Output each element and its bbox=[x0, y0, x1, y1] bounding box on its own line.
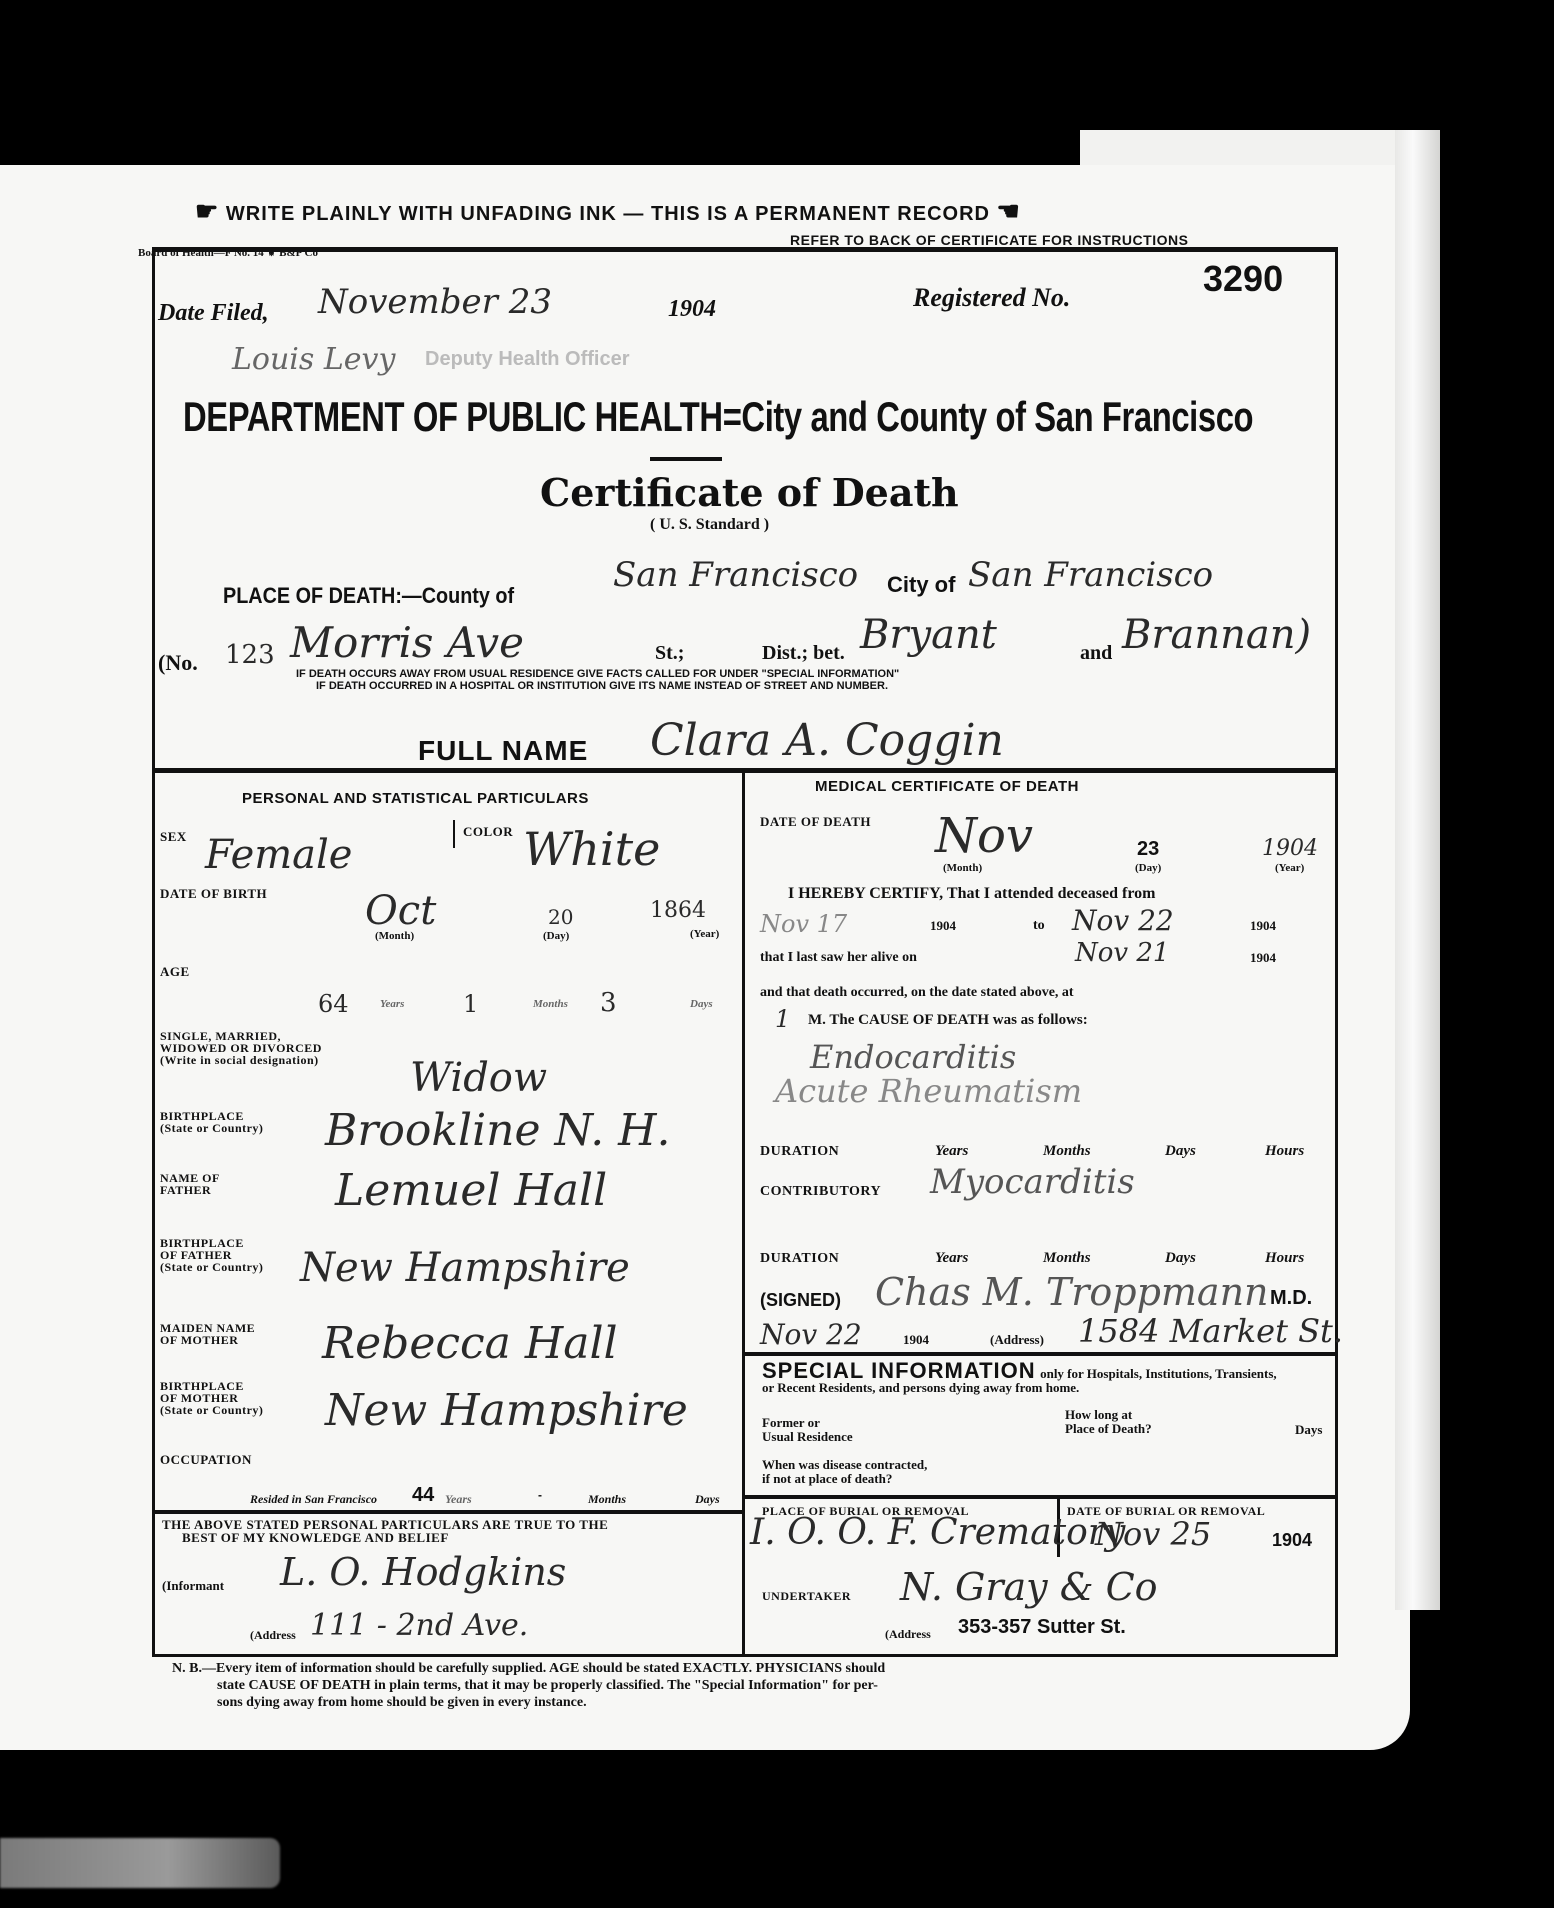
duration-days-2: Days bbox=[1165, 1250, 1196, 1267]
dod-year-caption: (Year) bbox=[1275, 862, 1304, 874]
date-filed-year: 1904 bbox=[668, 296, 716, 323]
attended-from: Nov 17 bbox=[760, 910, 847, 938]
undertaker-label: UNDERTAKER bbox=[762, 1590, 851, 1603]
dob-day-caption: (Day) bbox=[543, 930, 569, 942]
date-of-death-label: DATE OF DEATH bbox=[760, 815, 871, 828]
special-heading-note-2: or Recent Residents, and persons dying a… bbox=[762, 1380, 1079, 1396]
physician-signature: Chas M. Troppmann bbox=[875, 1270, 1269, 1314]
how-long-label-2: Place of Death? bbox=[1065, 1422, 1152, 1436]
age-years-caption: Years bbox=[380, 998, 404, 1010]
attended-to: Nov 22 bbox=[1072, 904, 1174, 937]
mother-birthplace-label-3: (State or Country) bbox=[160, 1404, 263, 1416]
father-birthplace-value: New Hampshire bbox=[300, 1245, 630, 1291]
age-years: 64 bbox=[318, 990, 349, 1018]
attended-to-year: 1904 bbox=[1250, 918, 1276, 934]
column-divider bbox=[742, 770, 745, 1656]
informant-statement: THE ABOVE STATED PERSONAL PARTICULARS AR… bbox=[162, 1518, 608, 1544]
special-divider bbox=[744, 1352, 1338, 1356]
footer-note: N. B.—Every item of information should b… bbox=[172, 1660, 885, 1711]
contracted-label-1: When was disease contracted, bbox=[762, 1458, 927, 1472]
title-divider bbox=[650, 457, 722, 461]
duration-months-1: Months bbox=[1043, 1143, 1091, 1160]
contracted-label: When was disease contracted, if not at p… bbox=[762, 1458, 927, 1486]
contributory-label: CONTRIBUTORY bbox=[760, 1185, 881, 1198]
marital-label: SINGLE, MARRIED, WIDOWED OR DIVORCED (Wr… bbox=[160, 1030, 322, 1066]
date-filed-label: Date Filed, bbox=[158, 300, 269, 327]
undertaker-address-label: (Address bbox=[885, 1627, 931, 1642]
full-name-label: FULL NAME bbox=[418, 735, 588, 767]
resided-months: - bbox=[538, 1488, 542, 1502]
banner-text: WRITE PLAINLY WITH UNFADING INK — THIS I… bbox=[226, 203, 990, 225]
age-days: 3 bbox=[600, 988, 617, 1018]
department-title: DEPARTMENT OF PUBLIC HEALTH=City and Cou… bbox=[183, 393, 1253, 441]
certificate-title: Certificate of Death bbox=[540, 470, 959, 515]
mother-value: Rebecca Hall bbox=[322, 1318, 618, 1369]
banner: ☛ WRITE PLAINLY WITH UNFADING INK — THIS… bbox=[195, 196, 1021, 227]
footer-note-line-1: N. B.—Every item of information should b… bbox=[172, 1660, 885, 1677]
dod-day: 23 bbox=[1137, 838, 1159, 861]
duration-years-2: Years bbox=[935, 1250, 968, 1267]
former-label-2: Usual Residence bbox=[762, 1430, 853, 1444]
dob-year: 1864 bbox=[650, 898, 706, 923]
district-label: Dist.; bet. bbox=[762, 642, 845, 665]
date-filed-value: November 23 bbox=[318, 282, 552, 322]
paper-right-edge bbox=[1395, 130, 1440, 1610]
pointing-hand-left-icon: ☚ bbox=[997, 196, 1021, 226]
duration-label-1: DURATION bbox=[760, 1145, 839, 1158]
informant-divider bbox=[152, 1510, 744, 1514]
registered-number: 3290 bbox=[1203, 258, 1283, 300]
informant-address-label: (Address bbox=[250, 1628, 296, 1643]
registered-label: Registered No. bbox=[913, 283, 1070, 313]
birthplace-label: BIRTHPLACE (State or Country) bbox=[160, 1110, 263, 1134]
occurred-text: and that death occurred, on the date sta… bbox=[760, 985, 1074, 1001]
dob-month-caption: (Month) bbox=[375, 930, 414, 942]
undertaker-address: 353-357 Sutter St. bbox=[958, 1616, 1126, 1639]
sex-color-divider bbox=[453, 820, 455, 848]
physician-address: 1584 Market St. bbox=[1078, 1312, 1343, 1350]
footer-note-line-2: state CAUSE OF DEATH in plain terms, tha… bbox=[172, 1677, 885, 1694]
birthplace-label-2: (State or Country) bbox=[160, 1122, 263, 1134]
burial-place: I. O. O. F. Crematory bbox=[750, 1512, 1125, 1553]
how-long-label: How long at Place of Death? bbox=[1065, 1408, 1152, 1436]
contributory-value: Myocarditis bbox=[930, 1162, 1135, 1202]
city-value: San Francisco bbox=[968, 555, 1213, 595]
city-label: City of bbox=[887, 572, 955, 598]
md-label: M.D. bbox=[1270, 1287, 1312, 1310]
street-name: Morris Ave bbox=[290, 618, 524, 667]
burial-divider bbox=[744, 1495, 1338, 1499]
last-saw-text: that I last saw her alive on bbox=[760, 950, 917, 966]
street-label: St.; bbox=[655, 642, 684, 665]
how-long-label-1: How long at bbox=[1065, 1408, 1152, 1422]
last-saw-date: Nov 21 bbox=[1075, 938, 1169, 968]
resided-years-caption: Years bbox=[445, 1492, 472, 1507]
age-months: 1 bbox=[463, 990, 478, 1018]
duration-years-1: Years bbox=[935, 1143, 968, 1160]
color-value: White bbox=[523, 822, 660, 876]
duration-days-1: Days bbox=[1165, 1143, 1196, 1160]
and-label: and bbox=[1080, 642, 1112, 665]
former-residence-label: Former or Usual Residence bbox=[762, 1416, 853, 1444]
burial-year: 1904 bbox=[1272, 1530, 1312, 1551]
instructions-note: REFER TO BACK OF CERTIFICATE FOR INSTRUC… bbox=[790, 232, 1188, 248]
contracted-label-2: if not at place of death? bbox=[762, 1472, 927, 1486]
footer-note-line-3: sons dying away from home should be give… bbox=[172, 1694, 885, 1711]
sex-value: Female bbox=[205, 832, 352, 878]
father-birthplace-label-3: (State or Country) bbox=[160, 1261, 263, 1273]
signed-date: Nov 22 bbox=[760, 1318, 862, 1351]
marital-value: Widow bbox=[410, 1055, 547, 1101]
duration-label-2: DURATION bbox=[760, 1252, 839, 1265]
dob-day: 20 bbox=[548, 905, 573, 929]
resided-months-caption: Months bbox=[588, 1492, 626, 1507]
certify-text: I HEREBY CERTIFY, That I attended deceas… bbox=[788, 885, 1155, 903]
father-label: NAME OF FATHER bbox=[160, 1172, 220, 1196]
mother-birthplace-label: BIRTHPLACE OF MOTHER (State or Country) bbox=[160, 1380, 263, 1416]
between-street-2: Brannan) bbox=[1122, 612, 1311, 658]
attended-from-year: 1904 bbox=[930, 918, 956, 934]
age-months-caption: Months bbox=[533, 998, 568, 1010]
section-divider bbox=[152, 768, 1338, 773]
father-birthplace-label: BIRTHPLACE OF FATHER (State or Country) bbox=[160, 1237, 263, 1273]
signed-label: (SIGNED) bbox=[760, 1290, 841, 1311]
residence-note-line-1: IF DEATH OCCURS AWAY FROM USUAL RESIDENC… bbox=[296, 668, 899, 680]
resided-days-caption: Days bbox=[695, 1492, 720, 1507]
dod-month: Nov bbox=[935, 808, 1033, 864]
personal-heading: PERSONAL AND STATISTICAL PARTICULARS bbox=[242, 790, 589, 807]
physician-address-label: (Address) bbox=[990, 1332, 1044, 1348]
residence-note: IF DEATH OCCURS AWAY FROM USUAL RESIDENC… bbox=[296, 668, 899, 692]
how-long-days: Days bbox=[1295, 1422, 1322, 1438]
father-label-2: FATHER bbox=[160, 1184, 220, 1196]
cause-text: M. The CAUSE OF DEATH was as follows: bbox=[808, 1012, 1088, 1029]
duration-months-2: Months bbox=[1043, 1250, 1091, 1267]
special-heading-note: only for Hospitals, Institutions, Transi… bbox=[1040, 1366, 1277, 1381]
street-number: 123 bbox=[225, 640, 275, 670]
paper-scrap bbox=[0, 1838, 280, 1888]
undertaker-value: N. Gray & Co bbox=[900, 1565, 1158, 1609]
officer-title: Deputy Health Officer bbox=[425, 348, 629, 371]
officer-signature: Louis Levy bbox=[232, 342, 395, 377]
father-value: Lemuel Hall bbox=[335, 1165, 607, 1216]
mother-birthplace-value: New Hampshire bbox=[325, 1385, 688, 1436]
burial-date: Nov 25 bbox=[1095, 1515, 1211, 1553]
occupation-label: OCCUPATION bbox=[160, 1453, 252, 1466]
resided-years: 44 bbox=[412, 1484, 434, 1507]
dob-month: Oct bbox=[365, 888, 436, 934]
informant-label: (Informant bbox=[162, 1578, 224, 1594]
former-label-1: Former or bbox=[762, 1416, 853, 1430]
residence-note-line-2: IF DEATH OCCURRED IN A HOSPITAL OR INSTI… bbox=[296, 680, 899, 692]
duration-hours-1: Hours bbox=[1265, 1143, 1304, 1160]
place-of-death-label: PLACE OF DEATH:—County of bbox=[223, 583, 514, 609]
death-time: 1 bbox=[775, 1005, 790, 1033]
dod-month-caption: (Month) bbox=[943, 862, 982, 874]
full-name-value: Clara A. Coggin bbox=[650, 715, 1004, 766]
mother-label: MAIDEN NAME OF MOTHER bbox=[160, 1322, 255, 1346]
pointing-hand-icon: ☛ bbox=[195, 196, 219, 226]
dob-year-caption: (Year) bbox=[690, 928, 719, 940]
age-days-caption: Days bbox=[690, 998, 713, 1010]
informant-name: L. O. Hodgkins bbox=[280, 1550, 566, 1594]
dob-label: DATE OF BIRTH bbox=[160, 887, 267, 900]
marital-label-3: (Write in social designation) bbox=[160, 1054, 322, 1066]
dod-year: 1904 bbox=[1262, 836, 1318, 861]
county-value: San Francisco bbox=[613, 555, 858, 595]
dod-day-caption: (Day) bbox=[1135, 862, 1161, 874]
cause-1: Endocarditis bbox=[810, 1038, 1016, 1076]
informant-statement-2: BEST OF MY KNOWLEDGE AND BELIEF bbox=[162, 1531, 608, 1544]
informant-address: 111 - 2nd Ave. bbox=[310, 1608, 528, 1643]
birthplace-value: Brookline N. H. bbox=[325, 1105, 671, 1156]
number-label: (No. bbox=[158, 650, 198, 676]
signed-year: 1904 bbox=[903, 1332, 929, 1348]
paper-top-edge bbox=[1080, 130, 1410, 170]
age-label: AGE bbox=[160, 965, 190, 978]
cause-2: Acute Rheumatism bbox=[775, 1072, 1082, 1110]
mother-label-2: OF MOTHER bbox=[160, 1334, 255, 1346]
resided-label: Resided in San Francisco bbox=[250, 1492, 377, 1507]
us-standard: ( U. S. Standard ) bbox=[650, 516, 769, 534]
last-saw-year: 1904 bbox=[1250, 950, 1276, 966]
medical-heading: MEDICAL CERTIFICATE OF DEATH bbox=[815, 778, 1079, 795]
color-label: COLOR bbox=[463, 825, 513, 838]
duration-hours-2: Hours bbox=[1265, 1250, 1304, 1267]
sex-label: SEX bbox=[160, 830, 187, 843]
between-street-1: Bryant bbox=[860, 612, 997, 658]
to-label: to bbox=[1033, 918, 1045, 934]
